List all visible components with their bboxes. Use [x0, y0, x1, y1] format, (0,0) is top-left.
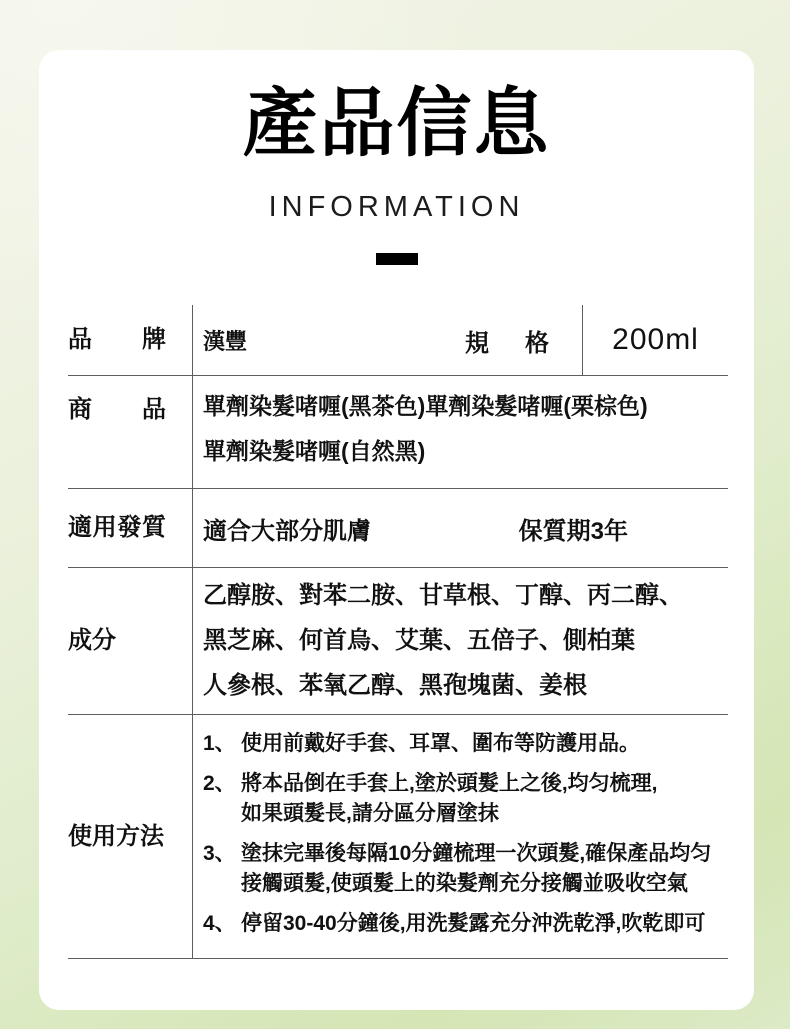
- page-background: 產品信息 INFORMATION 品牌 漢豐 規格 200ml 商品: [0, 0, 790, 1029]
- brand-value: 漢豐: [203, 325, 465, 356]
- usage-step-1-text: 使用前戴好手套、耳罩、圍布等防護用品。: [241, 729, 640, 759]
- table-row-hair-type: 適用發質 適合大部分肌膚 保質期3年: [68, 489, 728, 568]
- table-row-usage: 使用方法 1、 使用前戴好手套、耳罩、圍布等防護用品。 2、 將本品倒在手套上,…: [68, 715, 728, 959]
- usage-steps-list: 1、 使用前戴好手套、耳罩、圍布等防護用品。 2、 將本品倒在手套上,塗於頭髮上…: [193, 715, 728, 958]
- usage-step-1-number: 1、: [203, 729, 241, 759]
- ingredients-label: 成分: [68, 626, 116, 656]
- hair-type-label-cell: 適用發質: [68, 489, 193, 567]
- usage-step-2-number: 2、: [203, 769, 241, 829]
- spec-label: 規格: [465, 323, 549, 358]
- shelf-life-value: 保質期3年: [519, 511, 628, 546]
- product-info-table: 品牌 漢豐 規格 200ml 商品 單劑染髮啫喱(黑茶色)單劑染髮啫喱(栗棕色)…: [68, 305, 728, 959]
- hair-type-value-cell: 適合大部分肌膚 保質期3年: [193, 489, 728, 567]
- product-label-cell: 商品: [68, 376, 193, 488]
- spec-value: 200ml: [612, 323, 699, 357]
- hair-type-value: 適合大部分肌膚: [203, 511, 371, 546]
- table-row-brand: 品牌 漢豐 規格 200ml: [68, 305, 728, 376]
- ingredients-value: 乙醇胺、對苯二胺、甘草根、丁醇、丙二醇、 黑芝麻、何首烏、艾葉、五倍子、側柏葉 …: [193, 568, 728, 714]
- product-info-card: 產品信息 INFORMATION 品牌 漢豐 規格 200ml 商品: [39, 50, 754, 1010]
- usage-step-3-number: 3、: [203, 839, 241, 899]
- brand-label: 品牌: [68, 325, 166, 355]
- usage-step-4-number: 4、: [203, 909, 241, 939]
- brand-value-cell: 漢豐 規格 200ml: [193, 305, 728, 375]
- brand-label-cell: 品牌: [68, 305, 193, 375]
- title-divider-dash: [376, 253, 418, 265]
- page-title: 產品信息: [39, 84, 754, 163]
- usage-step-4-text: 停留30-40分鐘後,用洗髮露充分沖洗乾淨,吹乾即可: [241, 909, 705, 939]
- ingredients-label-cell: 成分: [68, 568, 193, 714]
- product-value: 單劑染髮啫喱(黑茶色)單劑染髮啫喱(栗棕色) 單劑染髮啫喱(自然黑): [193, 376, 728, 488]
- spec-value-cell: 200ml: [582, 305, 728, 375]
- table-row-ingredients: 成分 乙醇胺、對苯二胺、甘草根、丁醇、丙二醇、 黑芝麻、何首烏、艾葉、五倍子、側…: [68, 568, 728, 715]
- usage-step-3-text: 塗抹完畢後每隔10分鐘梳理一次頭髮,確保產品均匀 接觸頭髮,使頭髮上的染髮劑充分…: [241, 839, 711, 899]
- usage-step-3: 3、 塗抹完畢後每隔10分鐘梳理一次頭髮,確保產品均匀 接觸頭髮,使頭髮上的染髮…: [203, 839, 728, 899]
- usage-label-cell: 使用方法: [68, 715, 193, 958]
- page-subtitle: INFORMATION: [39, 191, 754, 224]
- product-label: 商品: [68, 395, 166, 425]
- usage-label: 使用方法: [68, 822, 164, 852]
- usage-step-2-text: 將本品倒在手套上,塗於頭髮上之後,均匀梳理, 如果頭髮長,請分區分層塗抹: [241, 769, 658, 829]
- hair-type-label: 適用發質: [68, 513, 166, 543]
- usage-step-1: 1、 使用前戴好手套、耳罩、圍布等防護用品。: [203, 729, 728, 759]
- usage-step-4: 4、 停留30-40分鐘後,用洗髮露充分沖洗乾淨,吹乾即可: [203, 909, 728, 939]
- table-row-product: 商品 單劑染髮啫喱(黑茶色)單劑染髮啫喱(栗棕色) 單劑染髮啫喱(自然黑): [68, 376, 728, 489]
- usage-step-2: 2、 將本品倒在手套上,塗於頭髮上之後,均匀梳理, 如果頭髮長,請分區分層塗抹: [203, 769, 728, 829]
